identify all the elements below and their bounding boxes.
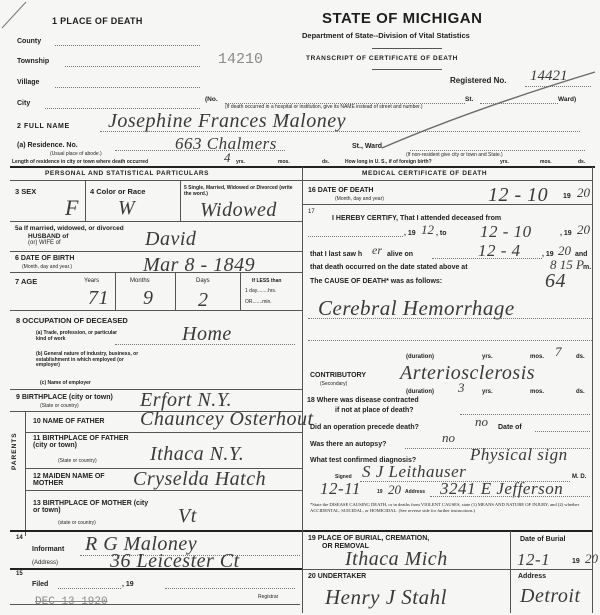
signed-year-value: 20 xyxy=(388,482,401,498)
years-label: Years xyxy=(84,278,99,284)
cause-age-note: 64 xyxy=(545,270,566,293)
contrib-mos-label: mos. xyxy=(530,389,544,395)
to-value: 12 - 10 xyxy=(480,222,532,242)
us-yrs-label: yrs. xyxy=(500,159,509,165)
contributory-value: Arteriosclerosis xyxy=(400,362,535,385)
father-label: 10 NAME OF FATHER xyxy=(33,418,104,425)
no-label: (No. xyxy=(205,96,218,103)
state-title: STATE OF MICHIGAN xyxy=(322,10,482,27)
contributory-sublabel: (Secondary) xyxy=(320,381,347,387)
filed-number: 15 xyxy=(16,571,23,577)
residence-sublabel: (Usual place of abode.) xyxy=(50,151,102,157)
dod-year-value: 20 xyxy=(577,185,590,201)
us-mos-label: mos. xyxy=(540,159,552,165)
signed-address-label: Address xyxy=(405,489,425,495)
birthplace-label: 9 BIRTHPLACE (city or town) xyxy=(16,394,113,401)
dod-year-prefix: 19 xyxy=(563,193,571,200)
spouse-label-1: 5a If married, widowed, or divorced xyxy=(15,225,124,232)
marital-value: Widowed xyxy=(200,199,277,222)
sex-label: 3 SEX xyxy=(15,187,36,196)
registrar-label: Registrar xyxy=(258,594,278,600)
full-name-value: Josephine Frances Maloney xyxy=(108,110,346,133)
sex-value: F xyxy=(65,195,79,221)
autopsy-label: Was there an autopsy? xyxy=(310,441,386,448)
age-label: 7 AGE xyxy=(15,277,37,286)
pen-stroke-mark xyxy=(380,70,600,150)
birthplace-sublabel: (State or country) xyxy=(40,403,79,409)
length-ds-label: ds. xyxy=(322,159,329,165)
from-year-prefix: , 19 xyxy=(404,230,416,237)
spouse-value: David xyxy=(145,228,196,251)
last-saw-label: that I last saw h xyxy=(310,251,362,258)
filed-stamp: DEC 13 1920 xyxy=(35,596,108,608)
cause-duration-days: 7 xyxy=(555,344,562,360)
mother-birthplace-label: 13 BIRTHPLACE OF MOTHER (city or town) xyxy=(33,500,153,514)
color-label: 4 Color or Race xyxy=(90,187,145,196)
cause-ds-label: ds. xyxy=(576,354,585,360)
residence-label: (a) Residence. No. xyxy=(17,142,78,149)
corner-pen-mark xyxy=(0,0,30,30)
dob-sublabel: (Month, day and year.) xyxy=(22,264,72,270)
undertaker-value: Henry J Stahl xyxy=(325,585,447,610)
father-birthplace-sublabel: (State or country) xyxy=(58,458,97,464)
certify-text: I HEREBY CERTIFY, That I attended deceas… xyxy=(332,215,501,222)
cause-yrs-label: yrs. xyxy=(482,354,493,360)
mother-birthplace-sublabel: (state or country) xyxy=(58,520,96,526)
filed-year-prefix: , 19 xyxy=(122,581,134,588)
undertaker-address-label: Address xyxy=(518,573,546,580)
autopsy-value: no xyxy=(442,430,455,446)
dod-sublabel: (Month, day and year) xyxy=(335,196,384,202)
medical-heading: MEDICAL CERTIFICATE OF DEATH xyxy=(362,170,487,177)
informant-address-label: (Address) xyxy=(32,560,58,566)
last-saw-her: er xyxy=(372,243,382,258)
city-label: City xyxy=(17,100,30,107)
occupation-c-label: (c) Name of employer xyxy=(40,380,91,386)
burial-year-prefix: 19 xyxy=(572,558,580,565)
burial-year-value: 20 xyxy=(585,551,598,567)
from-year-value: 12 xyxy=(421,222,434,238)
burial-date-label: Date of Burial xyxy=(520,536,566,543)
signed-year-prefix: 19 xyxy=(377,489,383,495)
burial-place-value: Ithaca Mich xyxy=(345,548,448,571)
cause-footnote: *State the DISEASE CAUSING DEATH, or in … xyxy=(310,502,592,514)
mother-maiden-value: Cryselda Hatch xyxy=(133,468,266,491)
mother-maiden-label: 12 MAIDEN NAME OF MOTHER xyxy=(33,473,128,487)
father-birthplace-label: 11 BIRTHPLACE OF FATHER (city or town) xyxy=(33,435,143,449)
days-value: 2 xyxy=(198,289,209,312)
contracted-label-1: 18 Where was disease contracted xyxy=(307,397,419,404)
place-of-death-heading: 1 PLACE OF DEATH xyxy=(52,16,143,26)
dob-value: Mar 8 - 1849 xyxy=(143,254,255,277)
village-label: Village xyxy=(17,79,39,86)
death-time-label: that death occurred on the date stated a… xyxy=(310,264,468,271)
burial-label-1: 19 PLACE OF BURIAL, CREMATION, xyxy=(308,535,429,542)
us-residence-label: How long in U. S., if of foreign birth? xyxy=(345,159,432,165)
length-mos-label: mos. xyxy=(278,159,290,165)
days-label: Days xyxy=(196,278,210,284)
father-value: Chauncey Osterhout xyxy=(140,408,314,431)
mother-birthplace-value: Vt xyxy=(178,505,197,528)
signed-date: 12-11 xyxy=(320,479,361,499)
color-value: W xyxy=(118,197,135,220)
dob-label: 6 DATE OF BIRTH xyxy=(15,255,74,262)
operation-value: no xyxy=(475,414,488,430)
cause-label: The CAUSE OF DEATH* was as follows: xyxy=(310,278,442,285)
death-time-m: m. xyxy=(583,264,591,271)
parents-label: PARENTS xyxy=(11,432,18,470)
occupation-a-value: Home xyxy=(182,323,232,346)
to-year-value: 20 xyxy=(577,222,590,238)
length-residence-label: Length of residence in city or town wher… xyxy=(12,159,148,165)
to-label: , to xyxy=(436,230,447,237)
occupation-b-label: (b) General nature of industry, business… xyxy=(36,352,146,369)
less-than-label: If LESS than xyxy=(252,278,281,284)
years-value: 71 xyxy=(88,287,109,310)
death-certificate: 1 PLACE OF DEATH STATE OF MICHIGAN Depar… xyxy=(0,0,600,615)
date-of-label: Date of xyxy=(498,424,522,431)
nonresident-note: (If non-resident give city or town and S… xyxy=(406,152,503,158)
contrib-ds-label: ds. xyxy=(576,389,585,395)
department-line: Department of State--Division of Vital S… xyxy=(302,31,470,40)
transcript-title: TRANSCRIPT OF CERTIFICATE OF DEATH xyxy=(306,55,458,62)
undertaker-address-value: Detroit xyxy=(520,585,581,608)
occupation-label: 8 OCCUPATION OF DECEASED xyxy=(16,316,128,325)
marital-label: 5 Single, Married, Widowed or Divorced (… xyxy=(184,185,299,197)
full-name-label: 2 FULL NAME xyxy=(17,123,70,130)
cause-mos-label: mos. xyxy=(530,354,544,360)
test-value: Physical sign xyxy=(470,445,568,465)
undertaker-label: 20 UNDERTAKER xyxy=(308,573,366,580)
contrib-duration-years: 3 xyxy=(458,380,465,396)
contrib-duration-label: (duration) xyxy=(406,389,434,395)
certify-number: 17 xyxy=(308,209,315,215)
less-or-label: OR.......min. xyxy=(245,299,272,305)
spouse-label-2: HUSBAND of xyxy=(28,233,68,240)
father-birthplace-value: Ithaca N.Y. xyxy=(150,443,244,466)
cause-duration-label: (duration) xyxy=(406,354,434,360)
township-label: Township xyxy=(17,58,49,65)
length-yrs-label: yrs. xyxy=(236,159,245,165)
months-label: Months xyxy=(130,278,150,284)
alive-on-label: alive on xyxy=(387,251,413,258)
operation-label: Did an operation precede death? xyxy=(310,424,419,431)
md-label: M. D. xyxy=(572,474,586,480)
length-residence-years: 4 xyxy=(224,150,231,166)
informant-number: 14 xyxy=(16,535,23,541)
contributory-label: CONTRIBUTORY xyxy=(310,372,366,379)
informant-label: Informant xyxy=(32,546,64,553)
dod-label: 16 DATE OF DEATH xyxy=(308,187,373,194)
contracted-label-2: if not at place of death? xyxy=(335,407,414,414)
spouse-label-3: (or) WIFE of xyxy=(28,240,61,246)
county-label: County xyxy=(17,38,41,45)
filed-label: Filed xyxy=(32,581,48,588)
us-ds-label: ds. xyxy=(578,159,585,165)
occupation-a-label: (a) Trade, profession, or particular kin… xyxy=(36,331,121,342)
stamp-number: 14210 xyxy=(218,51,263,68)
months-value: 9 xyxy=(143,287,154,310)
contrib-yrs-label: yrs. xyxy=(482,389,493,395)
less-day-label: 1 day........hrs. xyxy=(245,288,276,294)
burial-date-value: 12-1 xyxy=(517,550,550,570)
personal-heading: PERSONAL AND STATISTICAL PARTICULARS xyxy=(45,170,209,177)
to-year-prefix: , 19 xyxy=(560,230,572,237)
